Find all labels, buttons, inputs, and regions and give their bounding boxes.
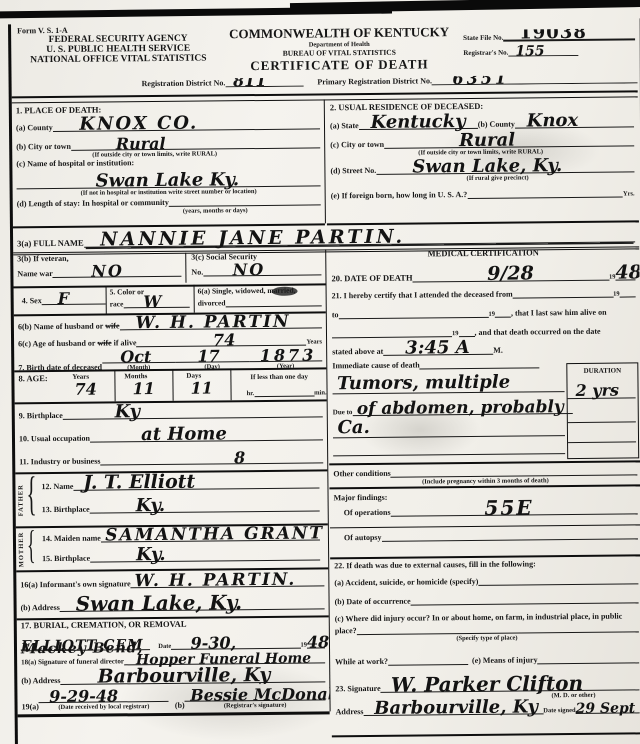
cause-value-2: of abdomen, probably xyxy=(357,399,564,418)
occupation-field: at Home xyxy=(90,431,323,442)
physician-addr-field: Barbourville, Ky xyxy=(363,705,543,716)
external-causes-block: 22. If death was due to external causes,… xyxy=(330,554,640,655)
other-conditions-label: Other conditions xyxy=(333,469,391,479)
time-suffix: M. xyxy=(493,346,503,355)
time-value: 3:45 A xyxy=(405,339,470,357)
burial-year-value: 48 xyxy=(307,634,329,650)
city-value: Rural xyxy=(116,136,166,152)
marital-label-1: 6(a) Single, widowed, married, xyxy=(198,285,322,295)
hospital-value: Swan Lake Ky. xyxy=(95,171,239,190)
race-value: W xyxy=(143,294,161,310)
father-bp-label: 13. Birthplace xyxy=(42,505,90,514)
physician-addr-value: Barbourville, Ky xyxy=(374,698,538,718)
birth-year-field: 1873 xyxy=(249,352,322,362)
registrar-row: 19(a) 9-29-48 (Date received by local re… xyxy=(17,683,329,717)
birthplace-field: Ky xyxy=(63,408,323,419)
father-name-label: 12. Name xyxy=(41,482,73,491)
physician-addr-label: Address xyxy=(336,707,364,716)
cause-rule-4 xyxy=(333,453,565,456)
section-place-of-death: 1. PLACE OF DEATH: (a) County Knox Co. (… xyxy=(12,99,325,228)
registrar-no-label: Registrar's No. xyxy=(463,49,508,57)
certify-blank-1 xyxy=(513,289,614,299)
res-city-value: Rural xyxy=(459,132,515,151)
scan-artifact-band xyxy=(290,0,640,13)
husband-age-label: 6(c) Age of husband or xyxy=(18,339,95,349)
physician-sig-label: 23. Signature xyxy=(335,684,380,693)
external-a-field xyxy=(478,575,638,586)
physician-block: While at work? (e) Means of injury 23. S… xyxy=(331,652,640,737)
full-name-field: Nannie Jane Partin. xyxy=(84,233,635,247)
external-c2-label: place? xyxy=(335,626,357,635)
dod-label: 20. DATE OF DEATH xyxy=(331,273,412,284)
header-title-block: COMMONWEALTH OF KENTUCKY Department of H… xyxy=(221,24,457,74)
primary-district-field: 6351 xyxy=(432,74,638,85)
state-label: (a) State xyxy=(330,121,359,130)
state-field: Kentucky xyxy=(359,120,478,130)
hr-field xyxy=(254,388,314,398)
occupation-label: 10. Usual occupation xyxy=(19,434,90,444)
birth-month-value: Oct xyxy=(120,349,151,365)
registrar-no-value: 155 xyxy=(515,44,544,57)
certify-blank-2b xyxy=(495,309,511,318)
stay-label: (d) Length of stay: In hospital or commu… xyxy=(17,198,169,208)
cause-rule-1: Tumors, multiple xyxy=(333,391,565,394)
operations-label: Of operations xyxy=(344,508,391,517)
birth-year-value: 1873 xyxy=(260,347,317,364)
ssn-no-label: No. xyxy=(191,268,203,277)
received-field: 9-29-48 xyxy=(39,693,169,703)
street-value: Swan Lake, Ky. xyxy=(412,157,562,176)
agency-line: NATIONAL OFFICE VITAL STATISTICS xyxy=(17,53,219,65)
veteran-field: No xyxy=(53,268,182,278)
mother-name-field: Samantha Grant xyxy=(101,531,320,542)
certify-block: 21. I hereby certify that I attended the… xyxy=(328,284,640,357)
father-name-value: J. T. Elliott xyxy=(83,473,195,493)
date-signed-label: Date signed xyxy=(543,707,575,714)
race-field: W xyxy=(123,299,189,309)
sex-field: F xyxy=(42,296,106,306)
cause-field-2: of abdomen, probably xyxy=(352,405,572,416)
county-value: Knox Co. xyxy=(79,115,198,134)
sex-label: 4. Sex xyxy=(22,296,42,305)
certify-blank-1b xyxy=(620,288,636,297)
primary-district-label: Primary Registration District No. xyxy=(317,76,432,86)
burial-title: 17. BURIAL, CREMATION, OR REMOVAL xyxy=(21,619,187,631)
husband-age-label2: if alive xyxy=(114,338,137,347)
cause-value-3: Ca. xyxy=(337,419,369,437)
name-war-label: Name war xyxy=(17,269,52,278)
city-label: (b) City or town xyxy=(16,142,71,152)
r19b-label: (b) xyxy=(175,701,185,710)
means-label: (e) Means of injury xyxy=(472,655,538,665)
foreign-born-suffix: Yrs. xyxy=(623,190,635,197)
res-county-label: (b) County xyxy=(478,120,515,129)
mother-bp-value: Ky. xyxy=(136,546,166,564)
dod-value: 9/28 xyxy=(487,264,534,283)
veteran-value: No xyxy=(91,263,124,279)
findings-label: Major findings: xyxy=(334,493,388,503)
mother-name-value: Samantha Grant xyxy=(105,525,324,544)
physician-sig-value: W. Parker Clifton xyxy=(391,673,583,695)
date-signed-field: 29 Sept 48 xyxy=(576,704,640,714)
duration-rule xyxy=(568,421,636,423)
registrar-no-field: 155 xyxy=(508,47,578,57)
cause-rule-3: Ca. xyxy=(333,435,565,438)
certificate-document: Form V. S. 1-A FEDERAL SECURITY AGENCY U… xyxy=(8,18,640,744)
ssn-field: No xyxy=(203,266,321,276)
cause-of-death-block: Immediate cause of death DURATION 2 yrs … xyxy=(328,354,640,465)
birth-day-value: 17 xyxy=(197,348,219,364)
birth-month-field: Oct xyxy=(102,354,175,364)
registrar-sig-value: Bessie McDonald xyxy=(190,686,330,703)
stay-field xyxy=(169,196,321,206)
burial-date-label: Date xyxy=(158,643,171,650)
certify-line2-tail: , that I last saw him alive on xyxy=(511,308,607,318)
stated-above-label: stated above at xyxy=(332,347,383,356)
burial-date-value: 9-30, xyxy=(191,635,237,651)
full-name-value: Nannie Jane Partin. xyxy=(100,228,405,250)
findings-divider xyxy=(330,524,640,528)
work-field xyxy=(388,656,468,666)
registrar-sig-field: Bessie McDonald xyxy=(185,691,326,701)
autopsy-label: Of autopsy xyxy=(344,533,382,542)
mother-block: MOTHER { 14. Maiden name Samantha Grant … xyxy=(16,523,328,572)
hospital-label: (c) Name of hospital or institution: xyxy=(16,158,134,168)
operations-value: 55E xyxy=(484,497,533,517)
received-value: 9-29-48 xyxy=(49,688,118,705)
cell-divider xyxy=(172,369,173,401)
operations-field: 55E xyxy=(391,505,638,516)
father-bp-field: Ky. xyxy=(90,502,320,513)
res-county-field: Knox xyxy=(515,118,634,128)
father-bp-value: Ky. xyxy=(136,497,166,515)
occupation-value: at Home xyxy=(141,425,227,444)
informant-addr-field: Swan Lake, Ky. xyxy=(60,600,325,612)
medical-cert-title: MEDICAL CERTIFICATION xyxy=(428,247,539,258)
cause-field-lead xyxy=(420,359,540,369)
father-name-field: J. T. Elliott xyxy=(73,479,319,490)
age-months-value: 11 xyxy=(132,381,154,397)
birthplace-occupation-block: 9. Birthplace Ky 10. Usual occupation at… xyxy=(15,399,328,474)
age-days-value: 11 xyxy=(190,380,212,396)
cell-divider xyxy=(230,368,231,400)
mother-brace: { xyxy=(27,523,36,568)
husband-age-struck: wife xyxy=(97,338,111,347)
informant-sig-value: W. H. Partin. xyxy=(134,572,296,591)
external-a-label: (a) Accident, suicide, or homicide (spec… xyxy=(334,577,478,587)
hr-label: hr. xyxy=(247,390,255,397)
industry-field: 8 xyxy=(100,454,323,465)
certify-line3-tail: , and that death occurred on the date xyxy=(474,327,600,337)
external-b-field xyxy=(411,594,639,605)
duration-box: DURATION 2 yrs xyxy=(566,362,639,459)
informant-block: 16(a) Informant's own signature W. H. Pa… xyxy=(16,567,328,620)
stay-note: (years, months or days) xyxy=(183,207,248,215)
foreign-born-label: (e) If foreign born, how long in U. S. A… xyxy=(331,190,468,200)
dod-year-value: 48 xyxy=(615,263,639,282)
marital-label-2: divorced xyxy=(198,298,226,307)
veteran-ssn-row: 3(b) If veteran, Name war No 3(c) Social… xyxy=(13,249,325,288)
husband-label-struck: wife xyxy=(105,321,119,330)
certify-line1: 21. I hereby certify that I attended the… xyxy=(332,290,513,301)
date-of-death-row: 20. DATE OF DEATH 9/28 19 48 xyxy=(327,262,639,287)
father-block: FATHER { 12. Name J. T. Elliott 13. Birt… xyxy=(15,469,328,528)
ssn-value: No xyxy=(233,262,266,278)
birthplace-value: Ky xyxy=(115,403,140,421)
reg-district-label: Registration District No. xyxy=(142,78,226,88)
autopsy-field xyxy=(381,530,638,541)
external-b-label: (b) Date of occurrence xyxy=(335,597,411,607)
commonwealth-title: COMMONWEALTH OF KENTUCKY xyxy=(221,24,457,42)
cell-divider xyxy=(114,369,115,401)
age-years-value: 74 xyxy=(74,382,96,398)
primary-district-value: 6351 xyxy=(452,74,509,87)
foreign-born-field xyxy=(467,189,623,199)
state-file-field: 19038 xyxy=(503,28,635,41)
industry-value: 8 xyxy=(234,450,245,466)
husband-label: 6(b) Name of husband or xyxy=(18,322,103,332)
certificate-title: CERTIFICATE OF DEATH xyxy=(221,56,457,74)
min-label: min. xyxy=(314,389,327,396)
industry-label: 11. Industry or business xyxy=(19,457,100,467)
informant-sig-field: W. H. Partin. xyxy=(131,577,325,588)
mother-name-label: 14. Maiden name xyxy=(42,534,101,544)
reg-district-field: 811 xyxy=(225,78,303,88)
major-findings-block: Major findings: Of operations 55E Of aut… xyxy=(329,484,640,559)
county-field: Knox Co. xyxy=(53,120,320,132)
cause-value-1: Tumors, multiple xyxy=(337,374,510,394)
state-file-value: 19038 xyxy=(519,28,587,42)
date-signed-value: 29 Sept 48 xyxy=(576,701,640,716)
header-file-numbers: State File No. 19038 Registrar's No. 155 xyxy=(463,28,635,57)
cell-divider xyxy=(106,285,107,313)
header-agency-block: Form V. S. 1-A FEDERAL SECURITY AGENCY U… xyxy=(17,24,219,65)
burial-place2-value: Mackey Bend, xyxy=(21,641,143,656)
husband-value: W. H. Partin xyxy=(136,314,291,332)
cause-label: Immediate cause of death xyxy=(332,360,419,370)
certify-blank-3b xyxy=(458,328,474,337)
sex-value: F xyxy=(58,291,70,307)
state-value: Kentucky xyxy=(370,113,465,132)
state-file-label: State File No. xyxy=(463,34,503,42)
district-row: Registration District No. 811 Primary Re… xyxy=(142,74,638,88)
external-c-label: (c) Where did injury occur? In or about … xyxy=(335,612,623,624)
father-brace: { xyxy=(26,469,37,521)
res-county-value: Knox xyxy=(527,112,579,130)
means-field xyxy=(538,654,640,664)
reg-district-value: 811 xyxy=(233,74,267,88)
cell-divider xyxy=(185,253,186,283)
husband-field: W. H. Partin xyxy=(119,319,322,330)
county-label: (a) County xyxy=(16,123,53,132)
external-title: 22. If death was due to external causes,… xyxy=(334,559,536,570)
age-less-label: If less than one day xyxy=(250,373,308,382)
full-name-label: 3(a) FULL NAME xyxy=(17,238,84,249)
mother-bp-field: Ky. xyxy=(90,551,320,562)
r19-label: 19(a) xyxy=(22,702,39,711)
duration-rule xyxy=(568,441,636,443)
birth-day-field: 17 xyxy=(175,353,248,363)
duration-header: DURATION xyxy=(567,366,637,375)
section-usual-residence: 2. USUAL RESIDENCE OF DECEASED: (a) Stat… xyxy=(326,96,639,225)
dod-year-field: 48 xyxy=(615,271,635,280)
street-label: (d) Street No. xyxy=(330,166,376,175)
age-label: 8. AGE: xyxy=(18,373,47,383)
informant-sig-label: 16(a) Informant's own signature xyxy=(20,579,130,589)
time-field: 3:45 A xyxy=(383,346,493,356)
res-city-label: (c) City or town xyxy=(330,140,384,150)
informant-addr-label: (b) Address xyxy=(21,603,60,612)
burial-block: 17. BURIAL, CREMATION, OR REMOVAL Elliot… xyxy=(17,615,330,686)
burial-year-field: 48 xyxy=(307,639,325,648)
director-addr-label: (b) Address xyxy=(21,676,60,685)
work-label: While at work? xyxy=(335,657,388,667)
burial-date-field: 9-30, xyxy=(171,640,300,650)
mother-bp-label: 15. Birthplace xyxy=(42,554,90,563)
cell-divider xyxy=(194,285,195,313)
dod-field: 9/28 xyxy=(412,272,608,283)
informant-addr-value: Swan Lake, Ky. xyxy=(76,592,243,614)
due-to-label: Due to xyxy=(333,408,353,416)
birthplace-label: 9. Birthplace xyxy=(19,411,63,420)
marital-field xyxy=(225,297,321,307)
scanned-death-certificate: Form V. S. 1-A FEDERAL SECURITY AGENCY U… xyxy=(0,0,640,744)
race-label-2: race xyxy=(110,299,124,308)
husband-birthdate-block: 6(b) Name of husband or wife W. H. Parti… xyxy=(14,311,327,372)
certify-blank-2 xyxy=(338,309,488,319)
